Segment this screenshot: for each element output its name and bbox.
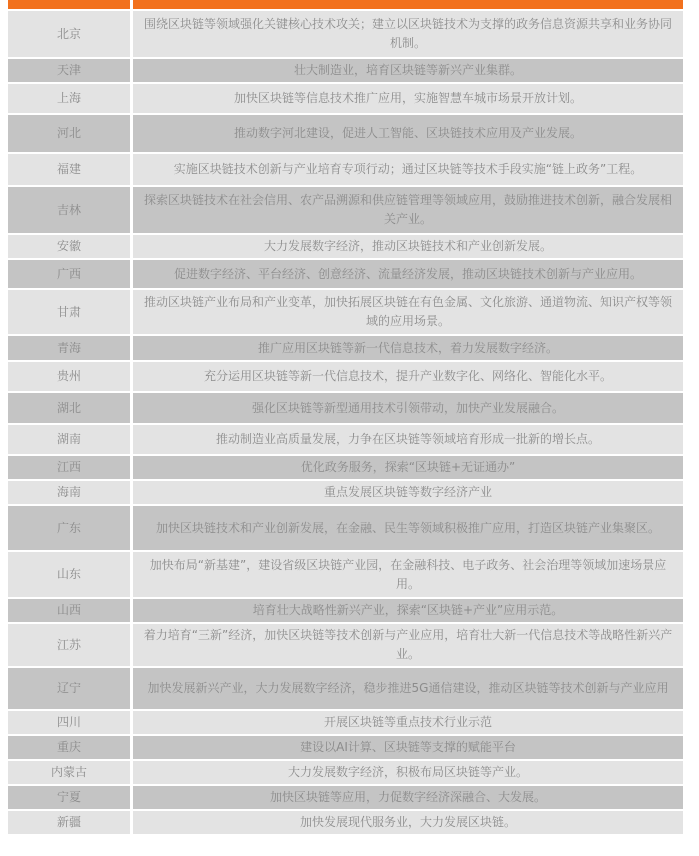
policy-cell: 充分运用区块链等新一代信息技术，提升产业数字化、网络化、智能化水平。 <box>133 362 683 393</box>
policy-cell: 加快布局“新基建”，建设省级区块链产业园，在金融科技、电子政务、社会治理等领域加… <box>133 552 683 599</box>
province-cell: 福建 <box>8 154 133 187</box>
table-header <box>8 0 683 11</box>
table-row: 上海加快区块链等信息技术推广应用，实施智慧车城市场景开放计划。 <box>8 84 683 115</box>
province-cell: 江苏 <box>8 624 133 668</box>
table-row: 甘肃推动区块链产业布局和产业变革，加快拓展区块链在有色金属、文化旅游、通道物流、… <box>8 290 683 336</box>
policy-cell: 着力培育“三新”经济，加快区块链等技术创新与产业应用，培育壮大新一代信息技术等战… <box>133 624 683 668</box>
province-cell: 安徽 <box>8 235 133 260</box>
province-cell: 辽宁 <box>8 668 133 711</box>
table-row: 内蒙古大力发展数字经济，积极布局区块链等产业。 <box>8 761 683 786</box>
table-row: 辽宁加快发展新兴产业，大力发展数字经济，稳步推进5G通信建设，推动区块链等技术创… <box>8 668 683 711</box>
table-header-row-cropped <box>8 0 683 11</box>
policy-cell: 加快区块链等信息技术推广应用，实施智慧车城市场景开放计划。 <box>133 84 683 115</box>
province-cell: 广西 <box>8 260 133 290</box>
province-cell: 山东 <box>8 552 133 599</box>
policy-cell: 强化区块链等新型通用技术引领带动，加快产业发展融合。 <box>133 393 683 425</box>
province-cell: 甘肃 <box>8 290 133 336</box>
table-row: 四川开展区块链等重点技术行业示范 <box>8 711 683 736</box>
policy-cell: 培育壮大战略性新兴产业，探索“区块链+产业”应用示范。 <box>133 599 683 624</box>
table-row: 江苏着力培育“三新”经济，加快区块链等技术创新与产业应用，培育壮大新一代信息技术… <box>8 624 683 668</box>
blockchain-policy-table: 北京围绕区块链等领域强化关键核心技术攻关；建立以区块链技术为支撑的政务信息资源共… <box>8 0 683 836</box>
policy-cell: 开展区块链等重点技术行业示范 <box>133 711 683 736</box>
policy-cell: 促进数字经济、平台经济、创意经济、流量经济发展，推动区块链技术创新与产业应用。 <box>133 260 683 290</box>
policy-cell: 加快发展新兴产业，大力发展数字经济，稳步推进5G通信建设，推动区块链等技术创新与… <box>133 668 683 711</box>
policy-cell: 加快发展现代服务业，大力发展区块链。 <box>133 811 683 836</box>
province-cell: 江西 <box>8 456 133 481</box>
province-cell: 海南 <box>8 481 133 506</box>
policy-cell: 壮大制造业，培育区块链等新兴产业集群。 <box>133 59 683 84</box>
province-cell: 四川 <box>8 711 133 736</box>
policy-cell: 加快区块链等应用，力促数字经济深融合、大发展。 <box>133 786 683 811</box>
table-row: 广东加快区块链技术和产业创新发展，在金融、民生等领域积极推广应用，打造区块链产业… <box>8 506 683 552</box>
policy-cell: 探索区块链技术在社会信用、农产品溯源和供应链管理等领域应用，鼓励推进技术创新，融… <box>133 187 683 235</box>
province-cell: 吉林 <box>8 187 133 235</box>
province-cell: 重庆 <box>8 736 133 761</box>
policy-cell: 实施区块链技术创新与产业培育专项行动；通过区块链等技术手段实施“链上政务”工程。 <box>133 154 683 187</box>
policy-cell: 大力发展数字经济，积极布局区块链等产业。 <box>133 761 683 786</box>
province-cell: 贵州 <box>8 362 133 393</box>
policy-cell: 建设以AI计算、区块链等支撑的赋能平台 <box>133 736 683 761</box>
table-row: 湖南推动制造业高质量发展，力争在区块链等领域培育形成一批新的增长点。 <box>8 425 683 456</box>
table-row: 山西培育壮大战略性新兴产业，探索“区块链+产业”应用示范。 <box>8 599 683 624</box>
table-row: 新疆加快发展现代服务业，大力发展区块链。 <box>8 811 683 836</box>
policy-table-body: 北京围绕区块链等领域强化关键核心技术攻关；建立以区块链技术为支撑的政务信息资源共… <box>8 11 683 836</box>
province-cell: 内蒙古 <box>8 761 133 786</box>
policy-cell: 围绕区块链等领域强化关键核心技术攻关；建立以区块链技术为支撑的政务信息资源共享和… <box>133 11 683 59</box>
province-cell: 广东 <box>8 506 133 552</box>
page: 北京围绕区块链等领域强化关键核心技术攻关；建立以区块链技术为支撑的政务信息资源共… <box>0 0 699 836</box>
table-row: 广西促进数字经济、平台经济、创意经济、流量经济发展，推动区块链技术创新与产业应用… <box>8 260 683 290</box>
province-cell: 上海 <box>8 84 133 115</box>
table-row: 河北推动数字河北建设，促进人工智能、区块链技术应用及产业发展。 <box>8 115 683 154</box>
header-province-cell <box>8 0 133 11</box>
province-cell: 天津 <box>8 59 133 84</box>
province-cell: 新疆 <box>8 811 133 836</box>
policy-cell: 重点发展区块链等数字经济产业 <box>133 481 683 506</box>
table-row: 吉林探索区块链技术在社会信用、农产品溯源和供应链管理等领域应用，鼓励推进技术创新… <box>8 187 683 235</box>
policy-cell: 推动区块链产业布局和产业变革，加快拓展区块链在有色金属、文化旅游、通道物流、知识… <box>133 290 683 336</box>
table-row: 重庆建设以AI计算、区块链等支撑的赋能平台 <box>8 736 683 761</box>
province-cell: 青海 <box>8 336 133 362</box>
province-cell: 山西 <box>8 599 133 624</box>
table-row: 湖北强化区块链等新型通用技术引领带动，加快产业发展融合。 <box>8 393 683 425</box>
table-row: 贵州充分运用区块链等新一代信息技术，提升产业数字化、网络化、智能化水平。 <box>8 362 683 393</box>
policy-cell: 推动数字河北建设，促进人工智能、区块链技术应用及产业发展。 <box>133 115 683 154</box>
province-cell: 湖北 <box>8 393 133 425</box>
header-policy-cell <box>133 0 683 11</box>
policy-cell: 推广应用区块链等新一代信息技术，着力发展数字经济。 <box>133 336 683 362</box>
policy-cell: 优化政务服务，探索“区块链+无证通办” <box>133 456 683 481</box>
table-row: 宁夏加快区块链等应用，力促数字经济深融合、大发展。 <box>8 786 683 811</box>
policy-cell: 推动制造业高质量发展，力争在区块链等领域培育形成一批新的增长点。 <box>133 425 683 456</box>
table-row: 山东加快布局“新基建”，建设省级区块链产业园，在金融科技、电子政务、社会治理等领… <box>8 552 683 599</box>
province-cell: 河北 <box>8 115 133 154</box>
table-row: 江西优化政务服务，探索“区块链+无证通办” <box>8 456 683 481</box>
province-cell: 宁夏 <box>8 786 133 811</box>
policy-cell: 大力发展数字经济，推动区块链技术和产业创新发展。 <box>133 235 683 260</box>
table-row: 天津壮大制造业，培育区块链等新兴产业集群。 <box>8 59 683 84</box>
table-row: 青海推广应用区块链等新一代信息技术，着力发展数字经济。 <box>8 336 683 362</box>
province-cell: 北京 <box>8 11 133 59</box>
table-row: 海南重点发展区块链等数字经济产业 <box>8 481 683 506</box>
table-row: 福建实施区块链技术创新与产业培育专项行动；通过区块链等技术手段实施“链上政务”工… <box>8 154 683 187</box>
table-row: 安徽大力发展数字经济，推动区块链技术和产业创新发展。 <box>8 235 683 260</box>
table-row: 北京围绕区块链等领域强化关键核心技术攻关；建立以区块链技术为支撑的政务信息资源共… <box>8 11 683 59</box>
policy-cell: 加快区块链技术和产业创新发展，在金融、民生等领域积极推广应用，打造区块链产业集聚… <box>133 506 683 552</box>
province-cell: 湖南 <box>8 425 133 456</box>
